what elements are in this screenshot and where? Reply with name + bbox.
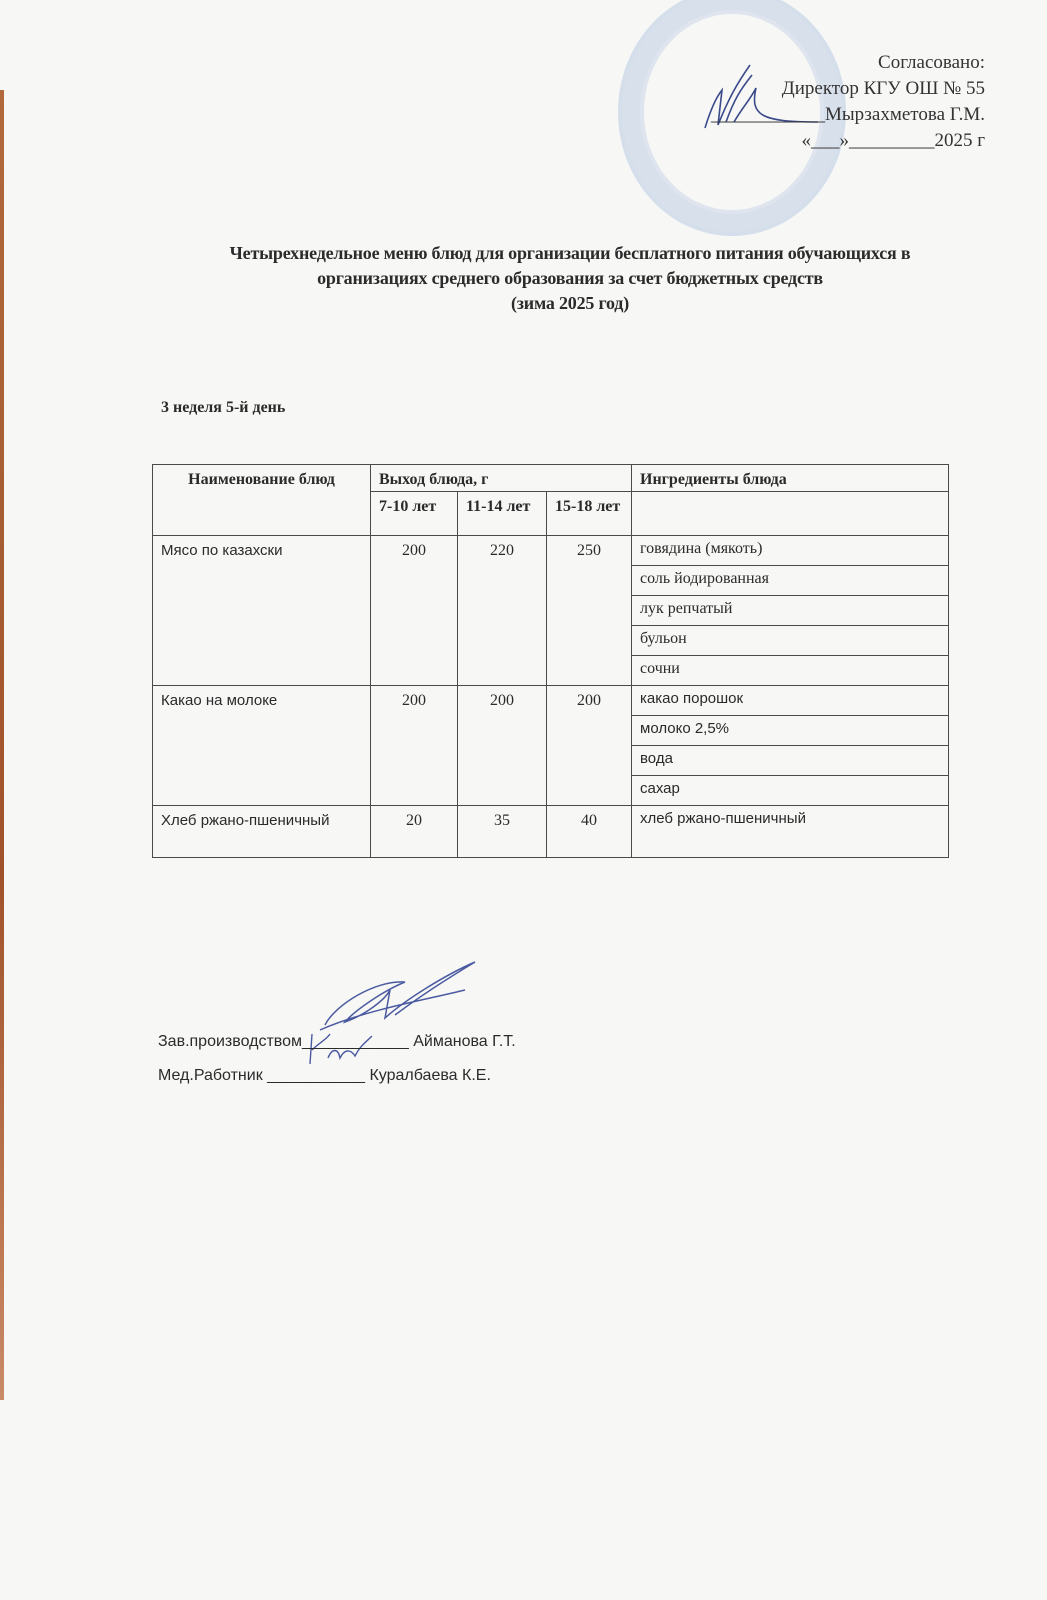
header-dish-name: Наименование блюд (153, 465, 371, 536)
ingredient: лук репчатый (632, 596, 949, 626)
yield-15-18: 200 (547, 686, 632, 806)
approval-date: «___»_________2025 г (711, 128, 985, 154)
header-ingredients-blank (632, 492, 949, 536)
week-day-label: 3 неделя 5-й день (161, 397, 291, 419)
header-ingredients: Ингредиенты блюда (632, 465, 949, 492)
signature-line-medical: Мед.Работник ___________ Куралбаева К.Е. (158, 1059, 516, 1093)
title-line-2: организациях среднего образования за сче… (150, 266, 990, 291)
header-age-7-10: 7-10 лет (371, 492, 458, 536)
yield-11-14: 220 (458, 536, 547, 686)
yield-15-18: 250 (547, 536, 632, 686)
ingredient: вода (632, 746, 949, 776)
dish-name: Мясо по казахски (153, 536, 371, 686)
title-line-1: Четырехнедельное меню блюд для организац… (150, 241, 990, 266)
dish-name: Хлеб ржано-пшеничный (153, 806, 371, 858)
ingredient: сахар (632, 776, 949, 806)
menu-table: Наименование блюд Выход блюда, г Ингреди… (152, 464, 949, 858)
yield-11-14: 200 (458, 686, 547, 806)
approval-signer: ____________Мырзахметова Г.М. (711, 102, 985, 128)
ingredient: сочни (632, 656, 949, 686)
yield-7-10: 20 (371, 806, 458, 858)
ingredient: молоко 2,5% (632, 716, 949, 746)
table-row: Мясо по казахски 200 220 250 говядина (м… (153, 536, 949, 566)
ingredient: хлеб ржано-пшеничный (632, 806, 949, 858)
header-yield: Выход блюда, г (371, 465, 632, 492)
signature-underline: ____________ (302, 1033, 409, 1050)
header-age-15-18: 15-18 лет (547, 492, 632, 536)
yield-11-14: 35 (458, 806, 547, 858)
dish-name: Какао на молоке (153, 686, 371, 806)
signer-name: Куралбаева К.Е. (369, 1067, 490, 1084)
yield-7-10: 200 (371, 536, 458, 686)
document-title: Четырехнедельное меню блюд для организац… (150, 241, 990, 316)
paper-edge (0, 90, 4, 1400)
yield-7-10: 200 (371, 686, 458, 806)
ingredient: какао порошок (632, 686, 949, 716)
signer-name: Айманова Г.Т. (413, 1033, 516, 1050)
ingredient: говядина (мякоть) (632, 536, 949, 566)
signature-block: Зав.производством____________ Айманова Г… (158, 1025, 516, 1093)
signature-line-production: Зав.производством____________ Айманова Г… (158, 1025, 516, 1059)
table-row: Какао на молоке 200 200 200 какао порошо… (153, 686, 949, 716)
approval-position: Директор КГУ ОШ № 55 (711, 76, 985, 102)
signature-underline: ___________ (263, 1067, 365, 1084)
title-line-3: (зима 2025 год) (150, 291, 990, 316)
table-row: Хлеб ржано-пшеничный 20 35 40 хлеб ржано… (153, 806, 949, 858)
ingredient: бульон (632, 626, 949, 656)
yield-15-18: 40 (547, 806, 632, 858)
approval-block: Согласовано: Директор КГУ ОШ № 55 ______… (711, 50, 985, 154)
header-age-11-14: 11-14 лет (458, 492, 547, 536)
approval-heading: Согласовано: (711, 50, 985, 76)
ingredient: соль йодированная (632, 566, 949, 596)
signer-role: Мед.Работник (158, 1067, 263, 1084)
signer-role: Зав.производством (158, 1033, 302, 1050)
